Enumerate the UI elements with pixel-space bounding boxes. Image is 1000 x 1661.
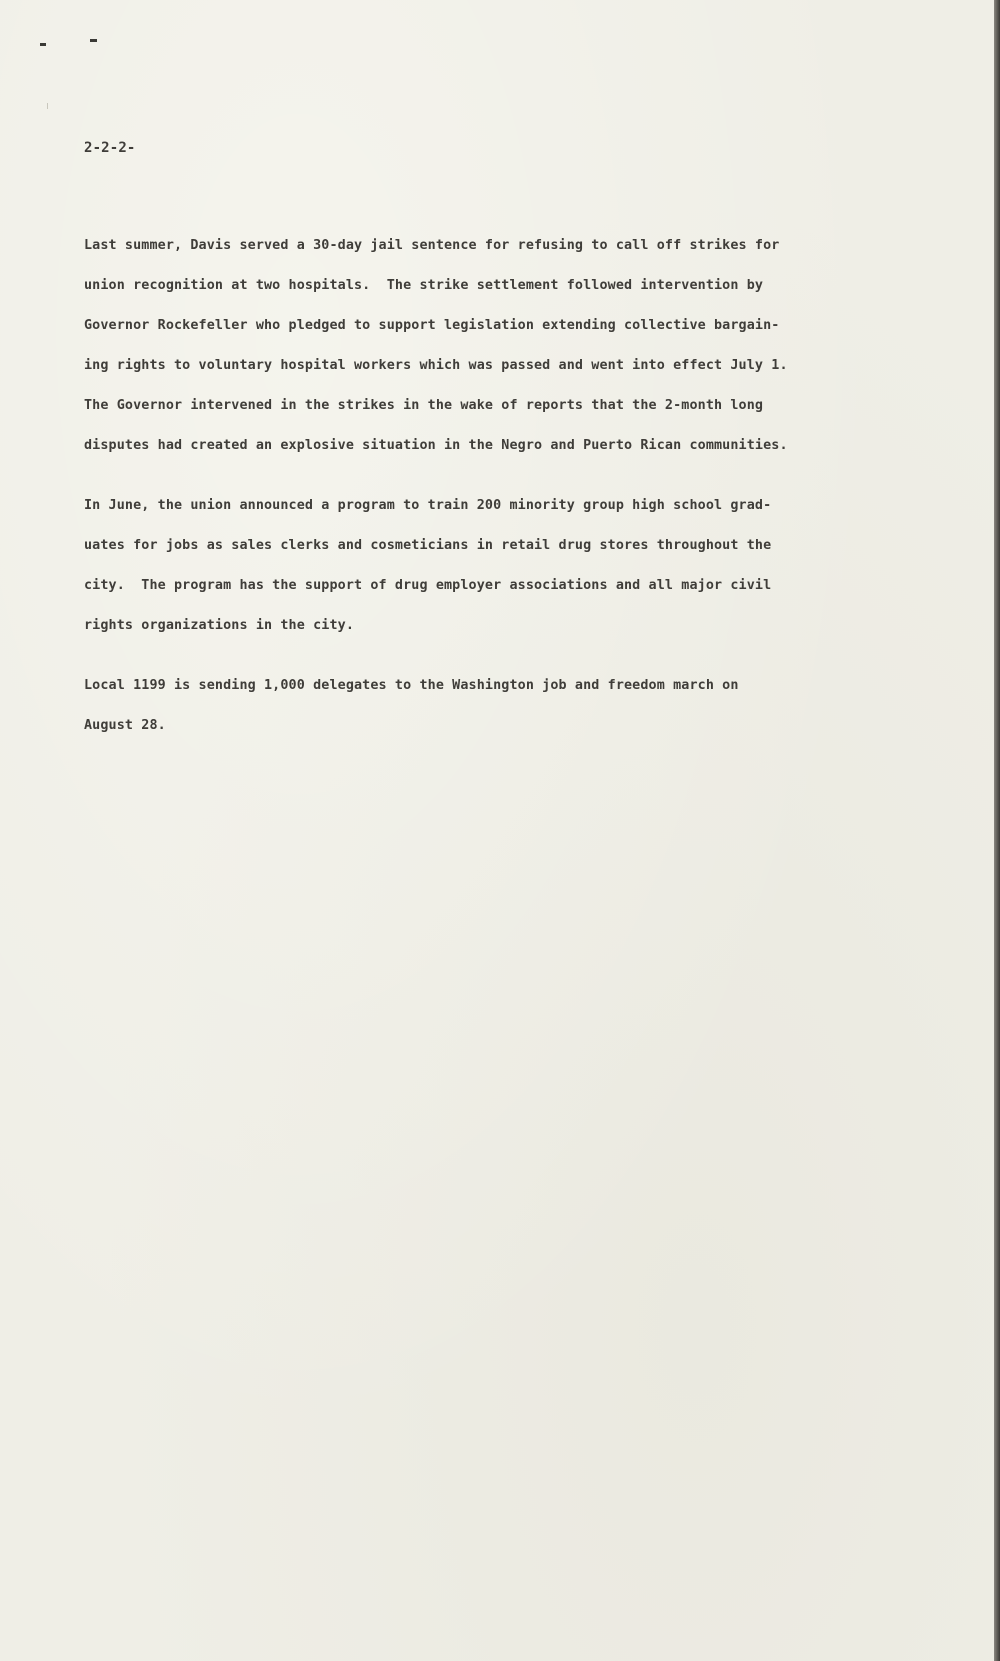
paragraph-line: Governor Rockefeller who pledged to supp… — [84, 316, 788, 356]
page-edge-shadow — [994, 0, 1000, 1661]
paragraph-line: Local 1199 is sending 1,000 delegates to… — [84, 676, 739, 716]
paragraph-line: Last summer, Davis served a 30-day jail … — [84, 236, 788, 276]
page-number: 2-2-2- — [84, 140, 135, 156]
document-page: 2-2-2- Last summer, Davis served a 30-da… — [0, 0, 995, 1661]
stray-ink-mark — [90, 39, 97, 42]
paragraph-line: The Governor intervened in the strikes i… — [84, 396, 788, 436]
paragraph-line: ing rights to voluntary hospital workers… — [84, 356, 788, 396]
stray-ink-mark — [47, 103, 48, 109]
paragraph-line: In June, the union announced a program t… — [84, 496, 771, 536]
paragraph-training-program: In June, the union announced a program t… — [84, 496, 771, 656]
paragraph-line: union recognition at two hospitals. The … — [84, 276, 788, 316]
paragraph-davis-jail-sentence: Last summer, Davis served a 30-day jail … — [84, 236, 788, 476]
paragraph-line: uates for jobs as sales clerks and cosme… — [84, 536, 771, 576]
paragraph-line: city. The program has the support of dru… — [84, 576, 771, 616]
paragraph-line: August 28. — [84, 716, 739, 756]
paragraph-line: disputes had created an explosive situat… — [84, 436, 788, 476]
paragraph-washington-march: Local 1199 is sending 1,000 delegates to… — [84, 676, 739, 756]
paragraph-line: rights organizations in the city. — [84, 616, 771, 656]
stray-ink-mark — [40, 43, 46, 46]
